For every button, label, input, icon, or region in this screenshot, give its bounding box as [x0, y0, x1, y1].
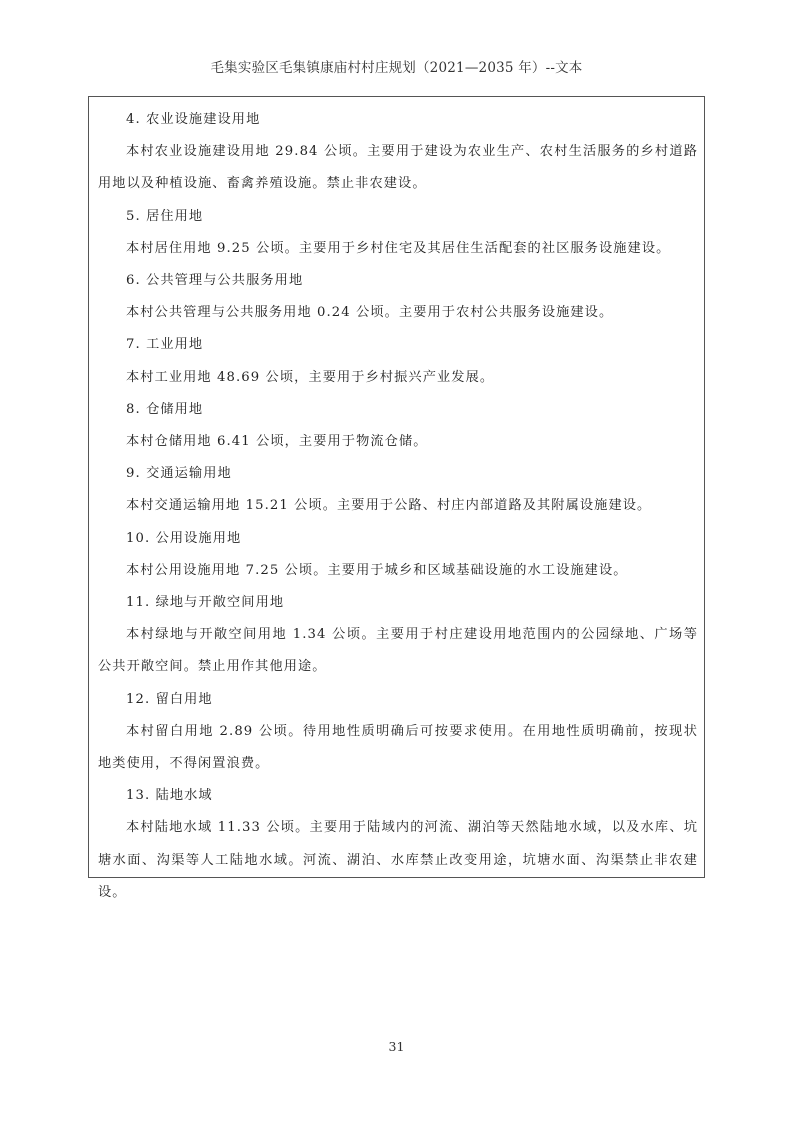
land-use-sections: 4. 农业设施建设用地 本村农业设施建设用地 29.84 公顷。主要用于建设为农… [98, 104, 698, 909]
section-body-green-space: 本村绿地与开敞空间用地 1.34 公顷。主要用于村庄建设用地范围内的公园绿地、广… [98, 619, 698, 683]
section-heading-transport: 9. 交通运输用地 [98, 458, 698, 490]
section-heading-water: 13. 陆地水域 [98, 780, 698, 812]
section-heading-industrial: 7. 工业用地 [98, 329, 698, 361]
section-body-transport: 本村交通运输用地 15.21 公顷。主要用于公路、村庄内部道路及其附属设施建设。 [98, 490, 698, 522]
section-body-utilities: 本村公用设施用地 7.25 公顷。主要用于城乡和区域基础设施的水工设施建设。 [98, 555, 698, 587]
section-body-public-service: 本村公共管理与公共服务用地 0.24 公顷。主要用于农村公共服务设施建设。 [98, 297, 698, 329]
section-heading-agri-facility: 4. 农业设施建设用地 [98, 104, 698, 136]
page-header: 毛集实验区毛集镇康庙村村庄规划（2021—2035 年）--文本 [0, 56, 793, 76]
section-heading-public-service: 6. 公共管理与公共服务用地 [98, 265, 698, 297]
section-body-storage: 本村仓储用地 6.41 公顷，主要用于物流仓储。 [98, 426, 698, 458]
section-body-residential: 本村居住用地 9.25 公顷。主要用于乡村住宅及其居住生活配套的社区服务设施建设… [98, 233, 698, 265]
section-heading-green-space: 11. 绿地与开敞空间用地 [98, 587, 698, 619]
section-body-reserved: 本村留白用地 2.89 公顷。待用地性质明确后可按要求使用。在用地性质明确前，按… [98, 716, 698, 780]
section-heading-utilities: 10. 公用设施用地 [98, 523, 698, 555]
section-body-water: 本村陆地水域 11.33 公顷。主要用于陆域内的河流、湖泊等天然陆地水域，以及水… [98, 812, 698, 909]
section-heading-storage: 8. 仓储用地 [98, 394, 698, 426]
section-body-agri-facility: 本村农业设施建设用地 29.84 公顷。主要用于建设为农业生产、农村生活服务的乡… [98, 136, 698, 200]
section-heading-reserved: 12. 留白用地 [98, 684, 698, 716]
section-heading-residential: 5. 居住用地 [98, 201, 698, 233]
section-body-industrial: 本村工业用地 48.69 公顷，主要用于乡村振兴产业发展。 [98, 362, 698, 394]
land-use-text-box: 4. 农业设施建设用地 本村农业设施建设用地 29.84 公顷。主要用于建设为农… [88, 96, 705, 878]
page-number: 31 [0, 1039, 793, 1054]
